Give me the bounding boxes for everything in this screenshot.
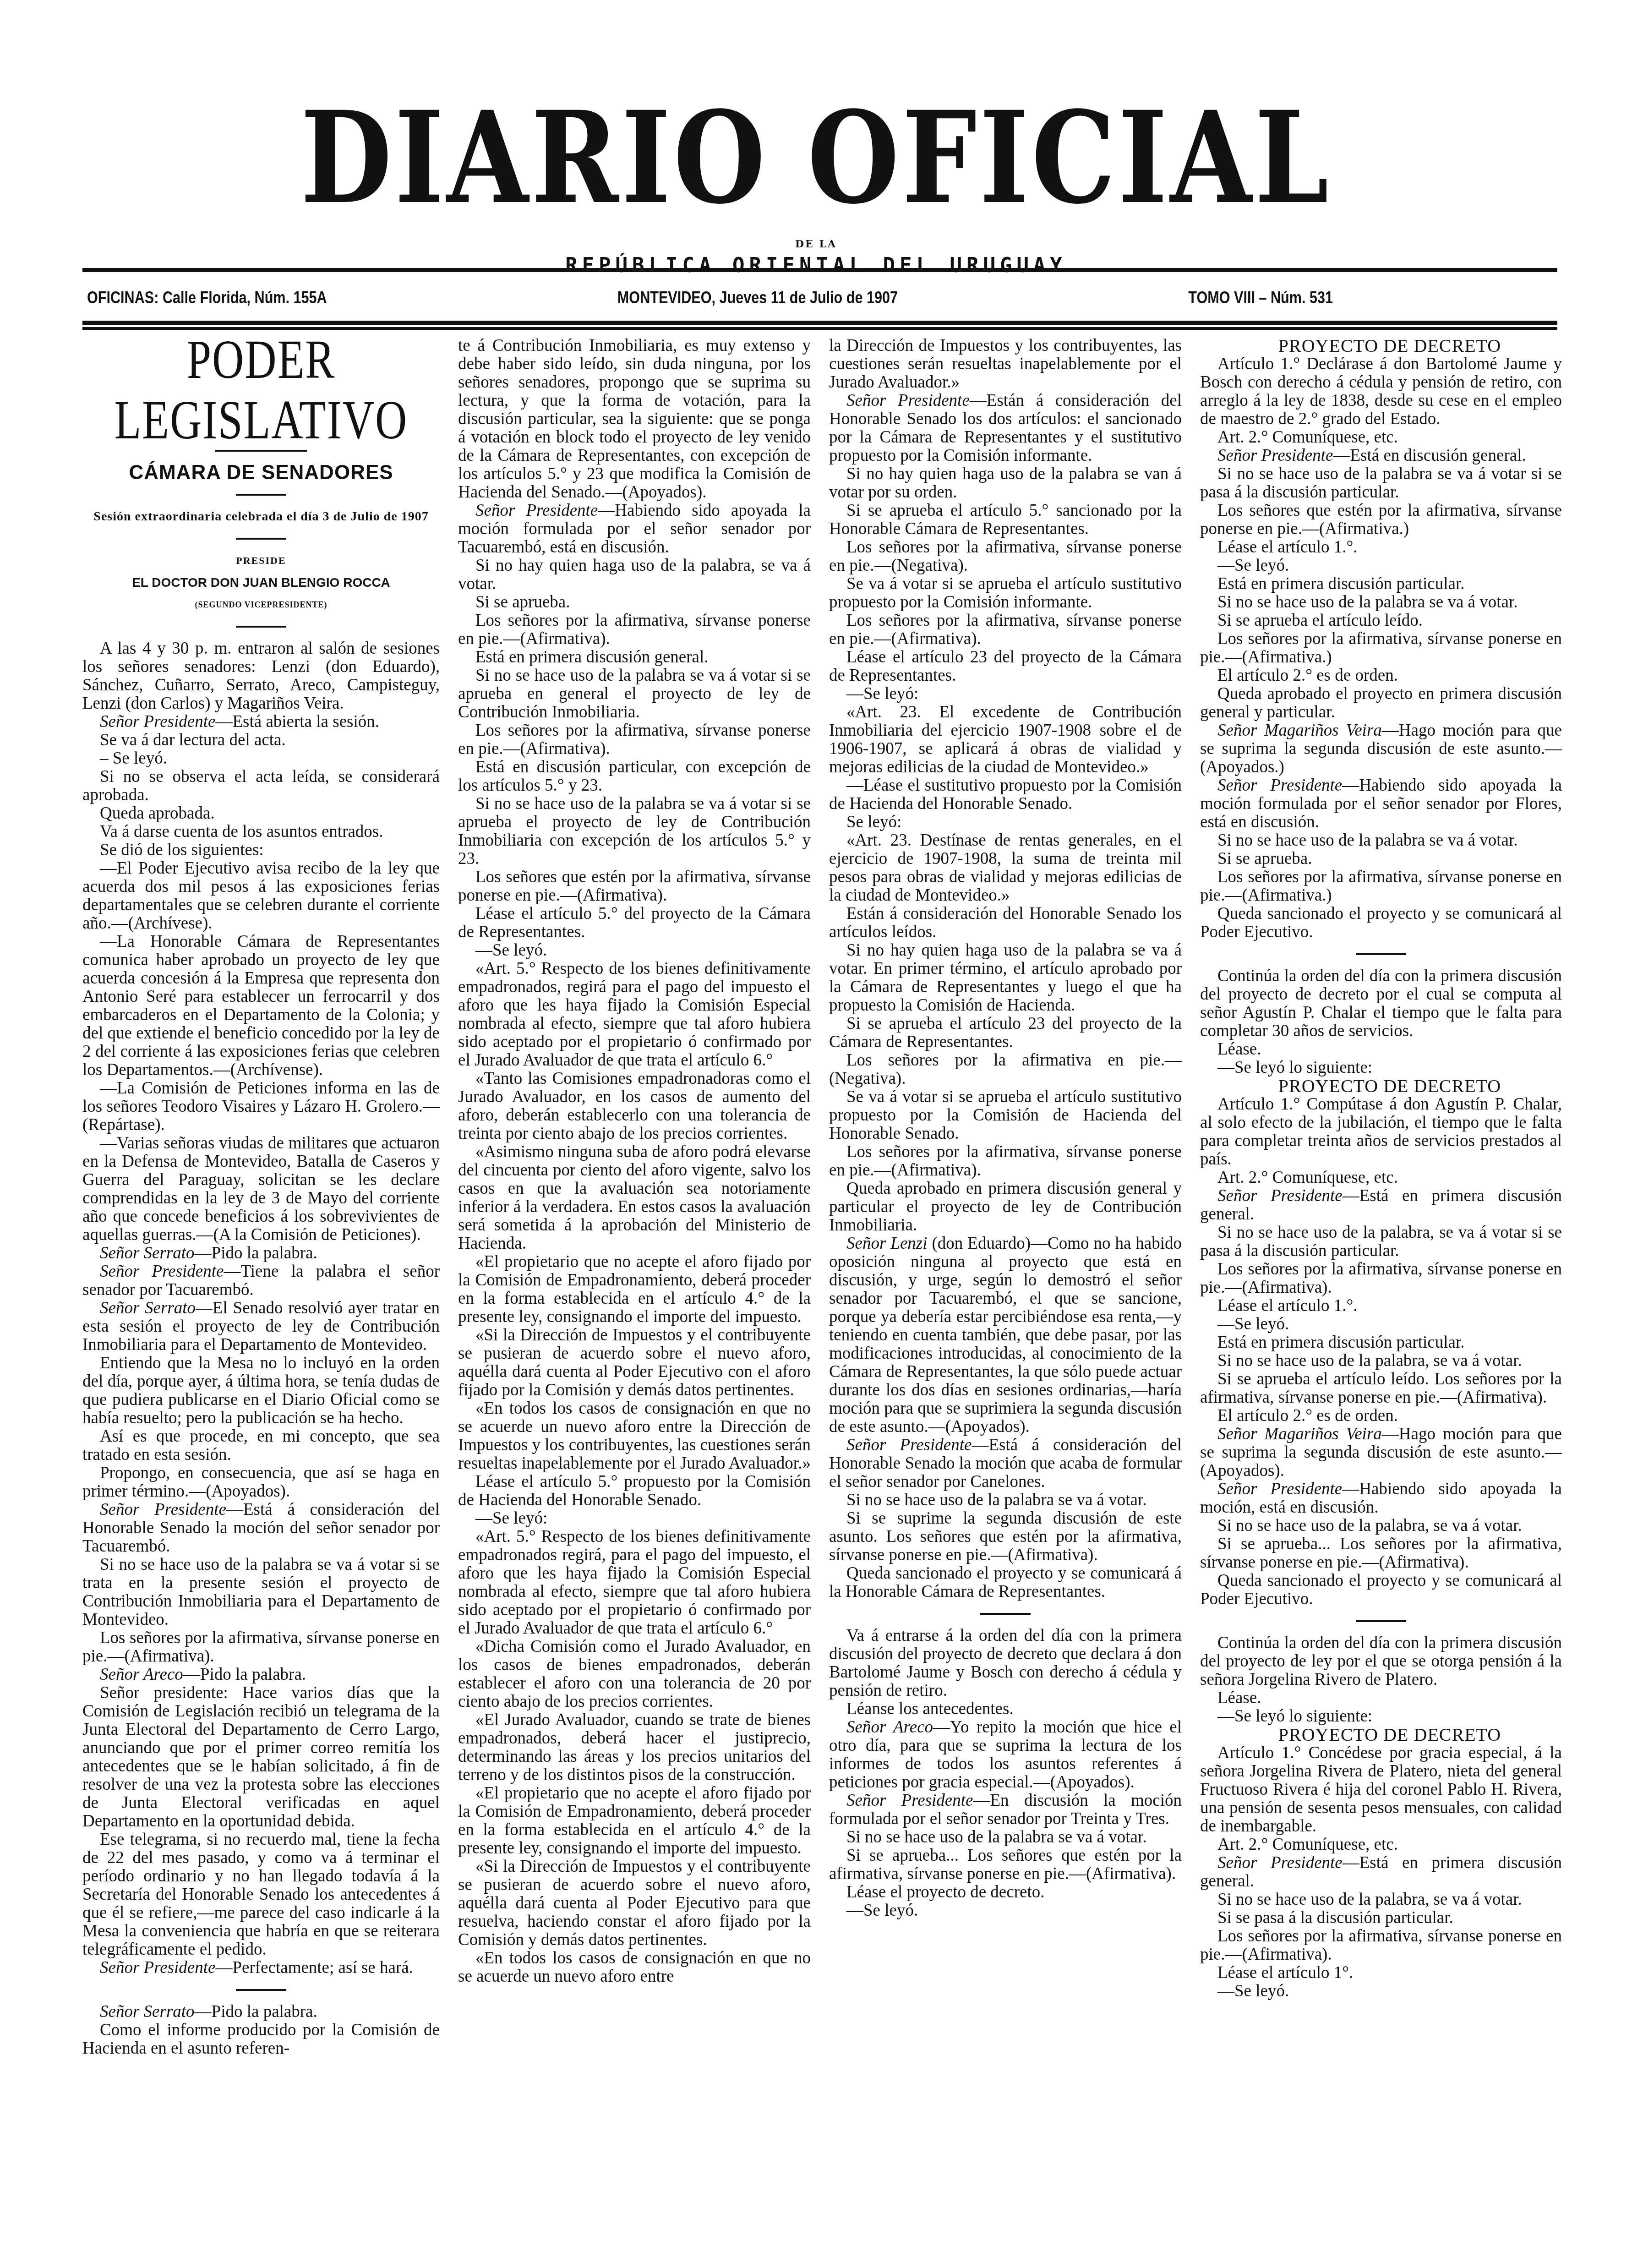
- speaker-name: Señor Presidente: [100, 1958, 215, 1977]
- paragraph-text: —Varias señoras viudas de militares que …: [82, 1134, 440, 1244]
- paragraph: Señor Presidente—Habiendo sido apoyada l…: [1200, 1480, 1562, 1517]
- paragraph-text: —Se leyó:: [846, 684, 918, 703]
- paragraph-text: Está en primera discusión general.: [475, 648, 709, 667]
- paragraph: Léase el artículo 5.° propuesto por la C…: [458, 1473, 811, 1509]
- speaker-name: Señor Serrato: [100, 1299, 196, 1317]
- paragraph-text: Si no se observa el acta leída, se consi…: [82, 767, 440, 804]
- paragraph-text: Si no se hace uso de la palabra se va á …: [1200, 465, 1562, 502]
- paragraph: Si no hay quien haga uso de la palabra, …: [458, 557, 811, 593]
- paragraph-text: Está en discusión particular, con excepc…: [458, 758, 811, 795]
- paragraph: Queda sancionado el proyecto y se comuni…: [1200, 905, 1562, 941]
- paragraph-text: Si no se hace uso de la palabra se va á …: [82, 1555, 440, 1629]
- info-bar: OFICINAS: Calle Florida, Núm. 155A MONTE…: [87, 286, 1333, 309]
- paragraph: «El Jurado Avaluador, cuando se trate de…: [458, 1711, 811, 1784]
- paragraph: Los señores por la afirmativa, sírvanse …: [1200, 1927, 1562, 1964]
- chamber-heading: CÁMARA DE SENADORES: [82, 464, 440, 482]
- paragraph: Léase.: [1200, 1689, 1562, 1707]
- paragraph-text: —Pido la palabra.: [195, 1244, 317, 1262]
- paragraph: Queda sancionado el proyecto y se comuni…: [829, 1564, 1182, 1601]
- paragraph: Señor Presidente—Está á consideración de…: [829, 1436, 1182, 1491]
- paragraph-text: «Si la Dirección de Impuestos y el contr…: [458, 1326, 811, 1399]
- paragraph-text: Art. 2.° Comuníquese, etc.: [1217, 1168, 1398, 1187]
- column-4: PROYECTO DE DECRETOArtículo 1.° Decláras…: [1200, 337, 1562, 2178]
- paragraph: Léase el artículo 1.°.: [1200, 538, 1562, 557]
- paragraph: Léase el artículo 23 del proyecto de la …: [829, 648, 1182, 685]
- paragraph-text: «Art. 23. El excedente de Contribución I…: [829, 703, 1182, 776]
- dateline: MONTEVIDEO, Jueves 11 de Julio de 1907: [617, 288, 898, 307]
- paragraph-text: Art. 2.° Comuníquese, etc.: [1217, 1835, 1398, 1854]
- paragraph: El artículo 2.° es de orden.: [1200, 667, 1562, 685]
- paragraph: Señor Serrato—Pido la palabra.: [82, 2003, 440, 2021]
- paragraph: Señor Presidente—Están á consideración d…: [829, 392, 1182, 465]
- paragraph: Queda aprobado en primera discusión gene…: [829, 1180, 1182, 1235]
- header-rule-top: [82, 268, 1557, 272]
- paragraph-text: Léase el artículo 23 del proyecto de la …: [829, 648, 1182, 685]
- column-2: te á Contribución Inmobiliaria, es muy e…: [458, 337, 811, 2178]
- paragraph: «Art. 23. El excedente de Contribución I…: [829, 703, 1182, 776]
- paragraph-text: Señor presidente: Hace varios días que l…: [82, 1683, 440, 1831]
- paragraph: —Se leyó.: [1200, 1982, 1562, 2000]
- paragraph: Queda aprobada.: [82, 804, 440, 823]
- speaker-name: Señor Magariños Veira: [1217, 721, 1382, 740]
- paragraph-text: Si no se hace uso de la palabra, se va á…: [1217, 1516, 1522, 1535]
- paragraph: Si no se observa el acta leída, se consi…: [82, 768, 440, 804]
- paragraph: Entiendo que la Mesa no lo incluyó en la…: [82, 1354, 440, 1427]
- speaker-name: Señor Presidente: [475, 501, 598, 520]
- paragraph-text: Léase el proyecto de decreto.: [846, 1883, 1044, 1902]
- paragraph: Los señores que estén por la afirmativa,…: [1200, 502, 1562, 538]
- paragraph: Si se aprueba... Los señores que estén p…: [829, 1847, 1182, 1883]
- paragraph: Señor Serrato—El Senado resolvió ayer tr…: [82, 1299, 440, 1354]
- speaker-name: Señor Areco: [846, 1718, 933, 1737]
- article-columns: PODER LEGISLATIVO CÁMARA DE SENADORES Se…: [82, 337, 1562, 2178]
- paragraph-text: Se va á votar si se aprueba el artículo …: [829, 574, 1182, 612]
- paragraph-text: Los señores por la afirmativa, sírvanse …: [458, 721, 811, 758]
- paragraph-text: Si no se hace uso de la palabra se va á …: [458, 794, 811, 868]
- divider: [236, 1989, 286, 1991]
- speaker-name: Señor Presidente: [1217, 1480, 1342, 1498]
- volume-number: TOMO VIII – Núm. 531: [1188, 288, 1333, 307]
- paragraph: —La Honorable Cámara de Representantes c…: [82, 933, 440, 1079]
- paragraph-text: —Está en discusión general.: [1333, 446, 1526, 465]
- paragraph: Si se aprueba el artículo 5.° sancionado…: [829, 502, 1182, 538]
- paragraph-text: Si no se hace uso de la palabra se va á …: [1217, 593, 1518, 612]
- paragraph: Señor Presidente—Está en primera discusi…: [1200, 1854, 1562, 1891]
- paragraph-text: – Se leyó.: [100, 749, 167, 768]
- speaker-name: Señor Presidente: [846, 1436, 972, 1454]
- paragraph: Si se aprueba el artículo leído. Los señ…: [1200, 1370, 1562, 1407]
- president-name: EL DOCTOR DON JUAN BLENGIO ROCCA: [82, 574, 440, 592]
- paragraph: Se dió de los siguientes:: [82, 841, 440, 859]
- speaker-name: Señor Presidente: [100, 712, 215, 731]
- paragraph: Si se aprueba.: [458, 593, 811, 612]
- paragraph-text: (don Eduardo)—Como no ha habido oposició…: [829, 1234, 1182, 1436]
- paragraph: Señor Areco—Yo repito la moción que hice…: [829, 1718, 1182, 1792]
- president-role: (SEGUNDO VICEPRESIDENTE): [82, 596, 440, 614]
- paragraph: Ese telegrama, si no recuerdo mal, tiene…: [82, 1831, 440, 1959]
- paragraph: Artículo 1.° Declárase á don Bartolomé J…: [1200, 355, 1562, 428]
- paragraph: «Si la Dirección de Impuestos y el contr…: [458, 1858, 811, 1949]
- paragraph: Artículo 1.° Compútase á don Agustín P. …: [1200, 1095, 1562, 1169]
- paragraph-text: Si no se hace uso de la palabra, se va á…: [1200, 1223, 1562, 1260]
- paragraph-text: Si se aprueba el artículo leído.: [1217, 611, 1423, 630]
- paragraph: «En todos los casos de consignación en q…: [458, 1949, 811, 1986]
- paragraph-text: Léase el artículo 1.°.: [1217, 1296, 1358, 1315]
- paragraph-text: Se dió de los siguientes:: [100, 841, 264, 859]
- paragraph: Si no se hace uso de la palabra se va á …: [1200, 593, 1562, 612]
- paragraph: Los señores por la afirmativa, sírvanse …: [829, 612, 1182, 648]
- divider: [236, 626, 286, 628]
- paragraph-text: «Asimismo ninguna suba de aforo podrá el…: [458, 1142, 811, 1253]
- paragraph-text: «Art. 5.° Respecto de los bienes definit…: [458, 959, 811, 1070]
- paragraph-text: Si no se hace uso de la palabra se va á …: [458, 666, 811, 721]
- paragraph-text: —Se leyó.: [1217, 556, 1289, 575]
- paragraph-text: Si se aprueba el artículo 5.° sancionado…: [829, 501, 1182, 538]
- paragraph-text: —Se leyó.: [1217, 1315, 1289, 1333]
- speaker-name: Señor Presidente: [100, 1262, 224, 1281]
- paragraph-text: —La Honorable Cámara de Representantes c…: [82, 932, 440, 1079]
- paragraph: Propongo, en consecuencia, que así se ha…: [82, 1464, 440, 1501]
- paragraph: Si no se hace uso de la palabra se va á …: [458, 795, 811, 868]
- header-rule-bottom: [82, 321, 1557, 325]
- paragraph: Está en discusión particular, con excepc…: [458, 758, 811, 795]
- paragraph: Si no se hace uso de la palabra se va á …: [458, 667, 811, 721]
- paragraph: Como el informe producido por la Comisió…: [82, 2021, 440, 2058]
- paragraph-text: Los señores por la afirmativa, sírvanse …: [829, 1142, 1182, 1180]
- paragraph: «Tanto las Comisiones empadronadoras com…: [458, 1070, 811, 1143]
- paragraph-text: Léase.: [1217, 1689, 1261, 1707]
- paragraph-text: te á Contribución Inmobiliaria, es muy e…: [458, 337, 811, 502]
- paragraph-text: «En todos los casos de consignación en q…: [458, 1399, 811, 1473]
- paragraph: Léase el proyecto de decreto.: [829, 1883, 1182, 1902]
- paragraph-text: El artículo 2.° es de orden.: [1217, 1406, 1398, 1425]
- paragraph-text: Si no se hace uso de la palabra, se va á…: [1217, 1890, 1522, 1909]
- paragraph: «El propietario que no acepte el aforo f…: [458, 1253, 811, 1326]
- paragraph: —La Comisión de Peticiones informa en la…: [82, 1079, 440, 1134]
- paragraph: Se va á votar si se aprueba el artículo …: [829, 1088, 1182, 1143]
- paragraph: Si se pasa á la discusión particular.: [1200, 1909, 1562, 1927]
- paragraph: —Se leyó:: [829, 685, 1182, 703]
- paragraph: Señor presidente: Hace varios días que l…: [82, 1684, 440, 1831]
- speaker-name: Señor Presidente: [846, 391, 970, 410]
- paragraph-text: Léanse los antecedentes.: [846, 1700, 1014, 1718]
- paragraph: —El Poder Ejecutivo avisa recibo de la l…: [82, 859, 440, 933]
- speaker-name: Señor Serrato: [100, 1244, 195, 1262]
- paragraph: Señor Serrato—Pido la palabra.: [82, 1244, 440, 1262]
- paragraph-text: Léase el artículo 5.° propuesto por la C…: [458, 1472, 811, 1509]
- paragraph-text: Los señores por la afirmativa, sírvanse …: [1200, 1927, 1562, 1964]
- paragraph: El artículo 2.° es de orden.: [1200, 1407, 1562, 1425]
- paragraph: Si se aprueba... Los señores por la afir…: [1200, 1535, 1562, 1572]
- speaker-name: Señor Presidente: [1217, 1853, 1343, 1872]
- paragraph: «Art. 23. Destínase de rentas generales,…: [829, 831, 1182, 905]
- paragraph: Si no se hace uso de la palabra se va á …: [829, 1491, 1182, 1509]
- paragraph-text: Léase el artículo 1.°.: [1217, 538, 1358, 557]
- paragraph-text: Continúa la orden del día con la primera…: [1200, 967, 1562, 1040]
- paragraph: Si no se hace uso de la palabra se va á …: [1200, 831, 1562, 850]
- paragraph: Los señores por la afirmativa, sírvanse …: [829, 538, 1182, 575]
- paragraph: – Se leyó.: [82, 749, 440, 768]
- paragraph: Queda aprobado el proyecto en primera di…: [1200, 685, 1562, 721]
- divider: [236, 494, 286, 496]
- paragraph-text: Los señores por la afirmativa, sírvanse …: [458, 611, 811, 648]
- paragraph: Los señores por la afirmativa, sírvanse …: [1200, 630, 1562, 667]
- paragraph-text: «El propietario que no acepte el aforo f…: [458, 1252, 811, 1326]
- paragraph: la Dirección de Impuestos y los contribu…: [829, 337, 1182, 392]
- paragraph: Continúa la orden del día con la primera…: [1200, 967, 1562, 1040]
- paragraph-text: «Art. 23. Destínase de rentas generales,…: [829, 831, 1182, 905]
- paragraph-text: —Perfectamente; así se hará.: [215, 1958, 413, 1977]
- paragraph-text: Los señores por la afirmativa, sírvanse …: [82, 1629, 440, 1666]
- divider: [1356, 953, 1406, 955]
- paragraph-text: Si se aprueba... Los señores que estén p…: [829, 1846, 1182, 1883]
- paragraph-text: Se va á dar lectura del acta.: [100, 731, 286, 749]
- paragraph-text: A las 4 y 30 p. m. entraron al salón de …: [82, 639, 440, 713]
- speaker-name: Señor Magariños Veira: [1217, 1425, 1382, 1443]
- paragraph: «El propietario que no acepte el aforo f…: [458, 1784, 811, 1858]
- paragraph-text: Está en primera discusión particular.: [1217, 574, 1464, 593]
- paragraph-text: —Se leyó lo siguiente:: [1217, 1707, 1372, 1726]
- paragraph: «Asimismo ninguna suba de aforo podrá el…: [458, 1143, 811, 1253]
- paragraph-text: «El propietario que no acepte el aforo f…: [458, 1784, 811, 1858]
- paragraph: Art. 2.° Comuníquese, etc.: [1200, 1169, 1562, 1187]
- paragraph-text: Si no se hace uso de la palabra se va á …: [846, 1491, 1147, 1509]
- decree-heading: PROYECTO DE DECRETO: [1200, 337, 1562, 355]
- paragraph: —Se leyó:: [458, 1509, 811, 1528]
- paragraph-text: Art. 2.° Comuníquese, etc.: [1217, 428, 1398, 447]
- paragraph: Los señores por la afirmativa en pie.—(N…: [829, 1051, 1182, 1088]
- paragraph-text: Artículo 1.° Declárase á don Bartolomé J…: [1200, 355, 1562, 428]
- speaker-name: Señor Presidente: [1217, 1186, 1343, 1205]
- paragraph: Los señores por la afirmativa, sírvanse …: [82, 1629, 440, 1666]
- paragraph: Se va á dar lectura del acta.: [82, 731, 440, 749]
- paragraph-text: Queda sancionado el proyecto y se comuni…: [1200, 1571, 1562, 1608]
- paragraph-text: —Pido la palabra.: [183, 1665, 306, 1684]
- paragraph: Los señores por la afirmativa, sírvanse …: [458, 612, 811, 648]
- paragraph: —Se leyó lo siguiente:: [1200, 1707, 1562, 1726]
- paragraph-text: Si no se hace uso de la palabra se va á …: [846, 1828, 1147, 1847]
- paragraph: Si no se hace uso de la palabra se va á …: [829, 1828, 1182, 1847]
- paragraph: —Léase el sustitutivo propuesto por la C…: [829, 776, 1182, 813]
- paragraph: Está en primera discusión general.: [458, 648, 811, 667]
- paragraph-text: Si no hay quien haga uso de la palabra, …: [458, 556, 811, 593]
- speaker-name: Señor Presidente: [100, 1500, 226, 1519]
- paragraph-text: —Está abierta la sesión.: [215, 712, 379, 731]
- paragraph: Continúa la orden del día con la primera…: [1200, 1634, 1562, 1689]
- paragraph-text: Queda aprobado el proyecto en primera di…: [1200, 684, 1562, 721]
- divider: [1356, 1620, 1406, 1622]
- paragraph-text: «Dicha Comisión como el Jurado Avaluador…: [458, 1637, 811, 1711]
- paragraph-text: Continúa la orden del día con la primera…: [1200, 1634, 1562, 1689]
- session-line: Sesión extraordinaria celebrada el día 3…: [82, 508, 440, 526]
- paragraph-text: «En todos los casos de consignación en q…: [458, 1949, 811, 1986]
- paragraph-text: Como el informe producido por la Comisió…: [82, 2021, 440, 2058]
- paragraph-text: Artículo 1.° Compútase á don Agustín P. …: [1200, 1095, 1562, 1169]
- paragraph-text: Léase.: [1217, 1040, 1261, 1059]
- paragraph: «Art. 5.° Respecto de los bienes definit…: [458, 960, 811, 1070]
- column-body: A las 4 y 30 p. m. entraron al salón de …: [82, 639, 440, 2058]
- paragraph: Señor Lenzi (don Eduardo)—Como no ha hab…: [829, 1235, 1182, 1436]
- paragraph: Si no se hace uso de la palabra, se va á…: [1200, 1517, 1562, 1535]
- newspaper-subtitle: REPÚBLICA ORIENTAL DEL URUGUAY: [0, 254, 1632, 277]
- paragraph: Si no se hace uso de la palabra se va á …: [1200, 465, 1562, 502]
- column-body: la Dirección de Impuestos y los contribu…: [829, 337, 1182, 1920]
- offices-address: OFICINAS: Calle Florida, Núm. 155A: [87, 288, 327, 307]
- paragraph-text: Artículo 1.° Concédese por gracia especi…: [1200, 1743, 1562, 1836]
- paragraph: Si se aprueba el artículo leído.: [1200, 612, 1562, 630]
- paragraph: Queda sancionado el proyecto y se comuni…: [1200, 1572, 1562, 1608]
- paragraph: «En todos los casos de consignación en q…: [458, 1399, 811, 1473]
- paragraph: Señor Presidente—Está á consideración de…: [82, 1501, 440, 1556]
- paragraph: —Se leyó.: [1200, 1315, 1562, 1333]
- paragraph: Está en primera discusión particular.: [1200, 575, 1562, 593]
- paragraph: Léase.: [1200, 1040, 1562, 1059]
- paragraph: te á Contribución Inmobiliaria, es muy e…: [458, 337, 811, 502]
- paragraph-text: Propongo, en consecuencia, que así se ha…: [82, 1464, 440, 1501]
- speaker-name: Señor Presidente: [1217, 776, 1342, 795]
- paragraph: Si no hay quien haga uso de la palabra s…: [829, 941, 1182, 1015]
- paragraph-text: Queda sancionado el proyecto y se comuni…: [829, 1564, 1182, 1601]
- paragraph: Los señores que estén por la afirmativa,…: [458, 868, 811, 905]
- paragraph-text: —Se leyó.: [846, 1901, 918, 1920]
- paragraph-text: Léase el artículo 5.° del proyecto de la…: [458, 904, 811, 941]
- newspaper-de-la: DE LA: [0, 238, 1632, 250]
- paragraph-text: Va á entrarse á la orden del día con la …: [829, 1626, 1182, 1700]
- paragraph: Art. 2.° Comuníquese, etc.: [1200, 428, 1562, 447]
- paragraph: Léase el artículo 5.° del proyecto de la…: [458, 905, 811, 941]
- paragraph-text: Si se pasa á la discusión particular.: [1217, 1908, 1453, 1927]
- paragraph-text: Si se aprueba el artículo 23 del proyect…: [829, 1014, 1182, 1051]
- paragraph-text: Si se aprueba.: [475, 593, 570, 612]
- paragraph-text: El artículo 2.° es de orden.: [1217, 666, 1398, 685]
- paragraph-text: Los señores por la afirmativa en pie.—(N…: [829, 1051, 1182, 1088]
- divider: [236, 538, 286, 540]
- paragraph: Señor Presidente—Está en primera discusi…: [1200, 1187, 1562, 1224]
- paragraph-text: —Se leyó.: [475, 941, 547, 960]
- masthead: DIARIO OFICIAL DE LA REPÚBLICA ORIENTAL …: [0, 105, 1632, 277]
- paragraph: Los señores por la afirmativa, sírvanse …: [458, 721, 811, 758]
- divider: [980, 1613, 1031, 1615]
- header-rule-double: [82, 327, 1557, 330]
- newspaper-title: DIARIO OFICIAL: [0, 95, 1632, 221]
- paragraph-text: Está en primera discusión particular.: [1217, 1333, 1464, 1352]
- paragraph-text: —La Comisión de Peticiones informa en la…: [82, 1079, 440, 1134]
- paragraph-text: Si no hay quien haga uso de la palabra s…: [829, 941, 1182, 1015]
- paragraph-text: —Pido la palabra.: [195, 2002, 317, 2021]
- paragraph: Si se aprueba el artículo 23 del proyect…: [829, 1015, 1182, 1051]
- paragraph-text: Entiendo que la Mesa no lo incluyó en la…: [82, 1354, 440, 1427]
- decree-heading: PROYECTO DE DECRETO: [1200, 1726, 1562, 1744]
- paragraph: Si no se hace uso de la palabra se va á …: [82, 1556, 440, 1629]
- column-1: PODER LEGISLATIVO CÁMARA DE SENADORES Se…: [82, 337, 440, 2178]
- paragraph: Señor Areco—Pido la palabra.: [82, 1666, 440, 1684]
- paragraph: Señor Presidente—Habiendo sido apoyada l…: [1200, 776, 1562, 831]
- paragraph: Señor Presidente—En discusión la moción …: [829, 1792, 1182, 1828]
- paragraph-text: Los señores por la afirmativa, sírvanse …: [1200, 1260, 1562, 1297]
- paragraph: Si no se hace uso de la palabra, se va á…: [1200, 1352, 1562, 1370]
- paragraph-text: Los señores por la afirmativa, sírvanse …: [1200, 868, 1562, 905]
- paragraph: Señor Presidente—Tiene la palabra el señ…: [82, 1262, 440, 1299]
- paragraph-text: «Tanto las Comisiones empadronadoras com…: [458, 1069, 811, 1143]
- speaker-name: Señor Areco: [100, 1665, 183, 1684]
- paragraph-text: Si se suprime la segunda discusión de es…: [829, 1509, 1182, 1564]
- paragraph-text: la Dirección de Impuestos y los contribu…: [829, 337, 1182, 392]
- paragraph-text: Si no se hace uso de la palabra se va á …: [1217, 831, 1518, 850]
- paragraph: —Varias señoras viudas de militares que …: [82, 1134, 440, 1244]
- preside-label: PRESIDE: [82, 552, 440, 570]
- paragraph-text: Si no hay quien haga uso de la palabra s…: [829, 465, 1182, 502]
- column-body: PROYECTO DE DECRETOArtículo 1.° Decláras…: [1200, 337, 1562, 2000]
- paragraph-text: Si se aprueba.: [1217, 849, 1312, 868]
- paragraph-text: Léase el artículo 1°.: [1217, 1963, 1353, 1982]
- paragraph: Señor Presidente—Está en discusión gener…: [1200, 447, 1562, 465]
- paragraph-text: Queda aprobada.: [100, 804, 215, 823]
- paragraph: Está en primera discusión particular.: [1200, 1333, 1562, 1352]
- paragraph: Están á consideración del Honorable Sena…: [829, 905, 1182, 941]
- paragraph-text: Va á darse cuenta de los asuntos entrado…: [100, 822, 383, 841]
- paragraph: Artículo 1.° Concédese por gracia especi…: [1200, 1744, 1562, 1836]
- paragraph-text: Si no se hace uso de la palabra, se va á…: [1217, 1351, 1522, 1370]
- paragraph: Así es que procede, en mi concepto, que …: [82, 1427, 440, 1464]
- section-title: PODER LEGISLATIVO: [82, 337, 440, 450]
- paragraph-text: Los señores por la afirmativa, sírvanse …: [829, 538, 1182, 575]
- paragraph: Se leyó:: [829, 813, 1182, 831]
- paragraph: Se va á votar si se aprueba el artículo …: [829, 575, 1182, 612]
- paragraph: Léanse los antecedentes.: [829, 1700, 1182, 1718]
- paragraph: Si se aprueba.: [1200, 850, 1562, 868]
- decree-heading: PROYECTO DE DECRETO: [1200, 1077, 1562, 1095]
- paragraph-text: «Si la Dirección de Impuestos y el contr…: [458, 1857, 811, 1949]
- paragraph: Los señores por la afirmativa, sírvanse …: [1200, 868, 1562, 905]
- paragraph-text: Se va á votar si se aprueba el artículo …: [829, 1088, 1182, 1143]
- speaker-name: Señor Lenzi: [846, 1234, 928, 1253]
- speaker-name: Señor Serrato: [100, 2002, 195, 2021]
- speaker-name: Señor Presidente: [846, 1791, 973, 1810]
- paragraph: Señor Presidente—Perfectamente; así se h…: [82, 1959, 440, 1977]
- paragraph-text: «Art. 5.° Respecto de los bienes definit…: [458, 1527, 811, 1638]
- paragraph-text: —Léase el sustitutivo propuesto por la C…: [829, 776, 1182, 813]
- speaker-name: Señor Presidente: [1217, 446, 1333, 465]
- paragraph: Señor Magariños Veira—Hago moción para q…: [1200, 721, 1562, 776]
- paragraph: —Se leyó.: [1200, 557, 1562, 575]
- paragraph: Va á darse cuenta de los asuntos entrado…: [82, 823, 440, 841]
- paragraph-text: Ese telegrama, si no recuerdo mal, tiene…: [82, 1830, 440, 1959]
- column-body: te á Contribución Inmobiliaria, es muy e…: [458, 337, 811, 1986]
- paragraph: —Se leyó.: [829, 1902, 1182, 1920]
- paragraph-text: Se leyó:: [846, 813, 901, 831]
- paragraph: Léase el artículo 1°.: [1200, 1964, 1562, 1982]
- paragraph: Si no hay quien haga uso de la palabra s…: [829, 465, 1182, 502]
- paragraph: «Dicha Comisión como el Jurado Avaluador…: [458, 1638, 811, 1711]
- paragraph: Los señores por la afirmativa, sírvanse …: [1200, 1260, 1562, 1297]
- paragraph: A las 4 y 30 p. m. entraron al salón de …: [82, 639, 440, 713]
- paragraph: «Art. 5.° Respecto de los bienes definit…: [458, 1528, 811, 1638]
- paragraph-text: Si se aprueba el artículo leído. Los señ…: [1200, 1370, 1562, 1407]
- paragraph-text: Están á consideración del Honorable Sena…: [829, 904, 1182, 941]
- paragraph-text: —El Poder Ejecutivo avisa recibo de la l…: [82, 859, 440, 933]
- paragraph: Los señores por la afirmativa, sírvanse …: [829, 1143, 1182, 1180]
- paragraph: Señor Presidente—Está abierta la sesión.: [82, 713, 440, 731]
- paragraph: Art. 2.° Comuníquese, etc.: [1200, 1836, 1562, 1854]
- paragraph: «Si la Dirección de Impuestos y el contr…: [458, 1326, 811, 1399]
- paragraph: —Se leyó.: [458, 941, 811, 960]
- paragraph-text: —Se leyó lo siguiente:: [1217, 1058, 1372, 1077]
- paragraph: Léase el artículo 1.°.: [1200, 1297, 1562, 1315]
- paragraph-text: Si se aprueba... Los señores por la afir…: [1200, 1535, 1562, 1572]
- paragraph-text: «El Jurado Avaluador, cuando se trate de…: [458, 1711, 811, 1784]
- paragraph: —Se leyó lo siguiente:: [1200, 1059, 1562, 1077]
- paragraph-text: Así es que procede, en mi concepto, que …: [82, 1427, 440, 1464]
